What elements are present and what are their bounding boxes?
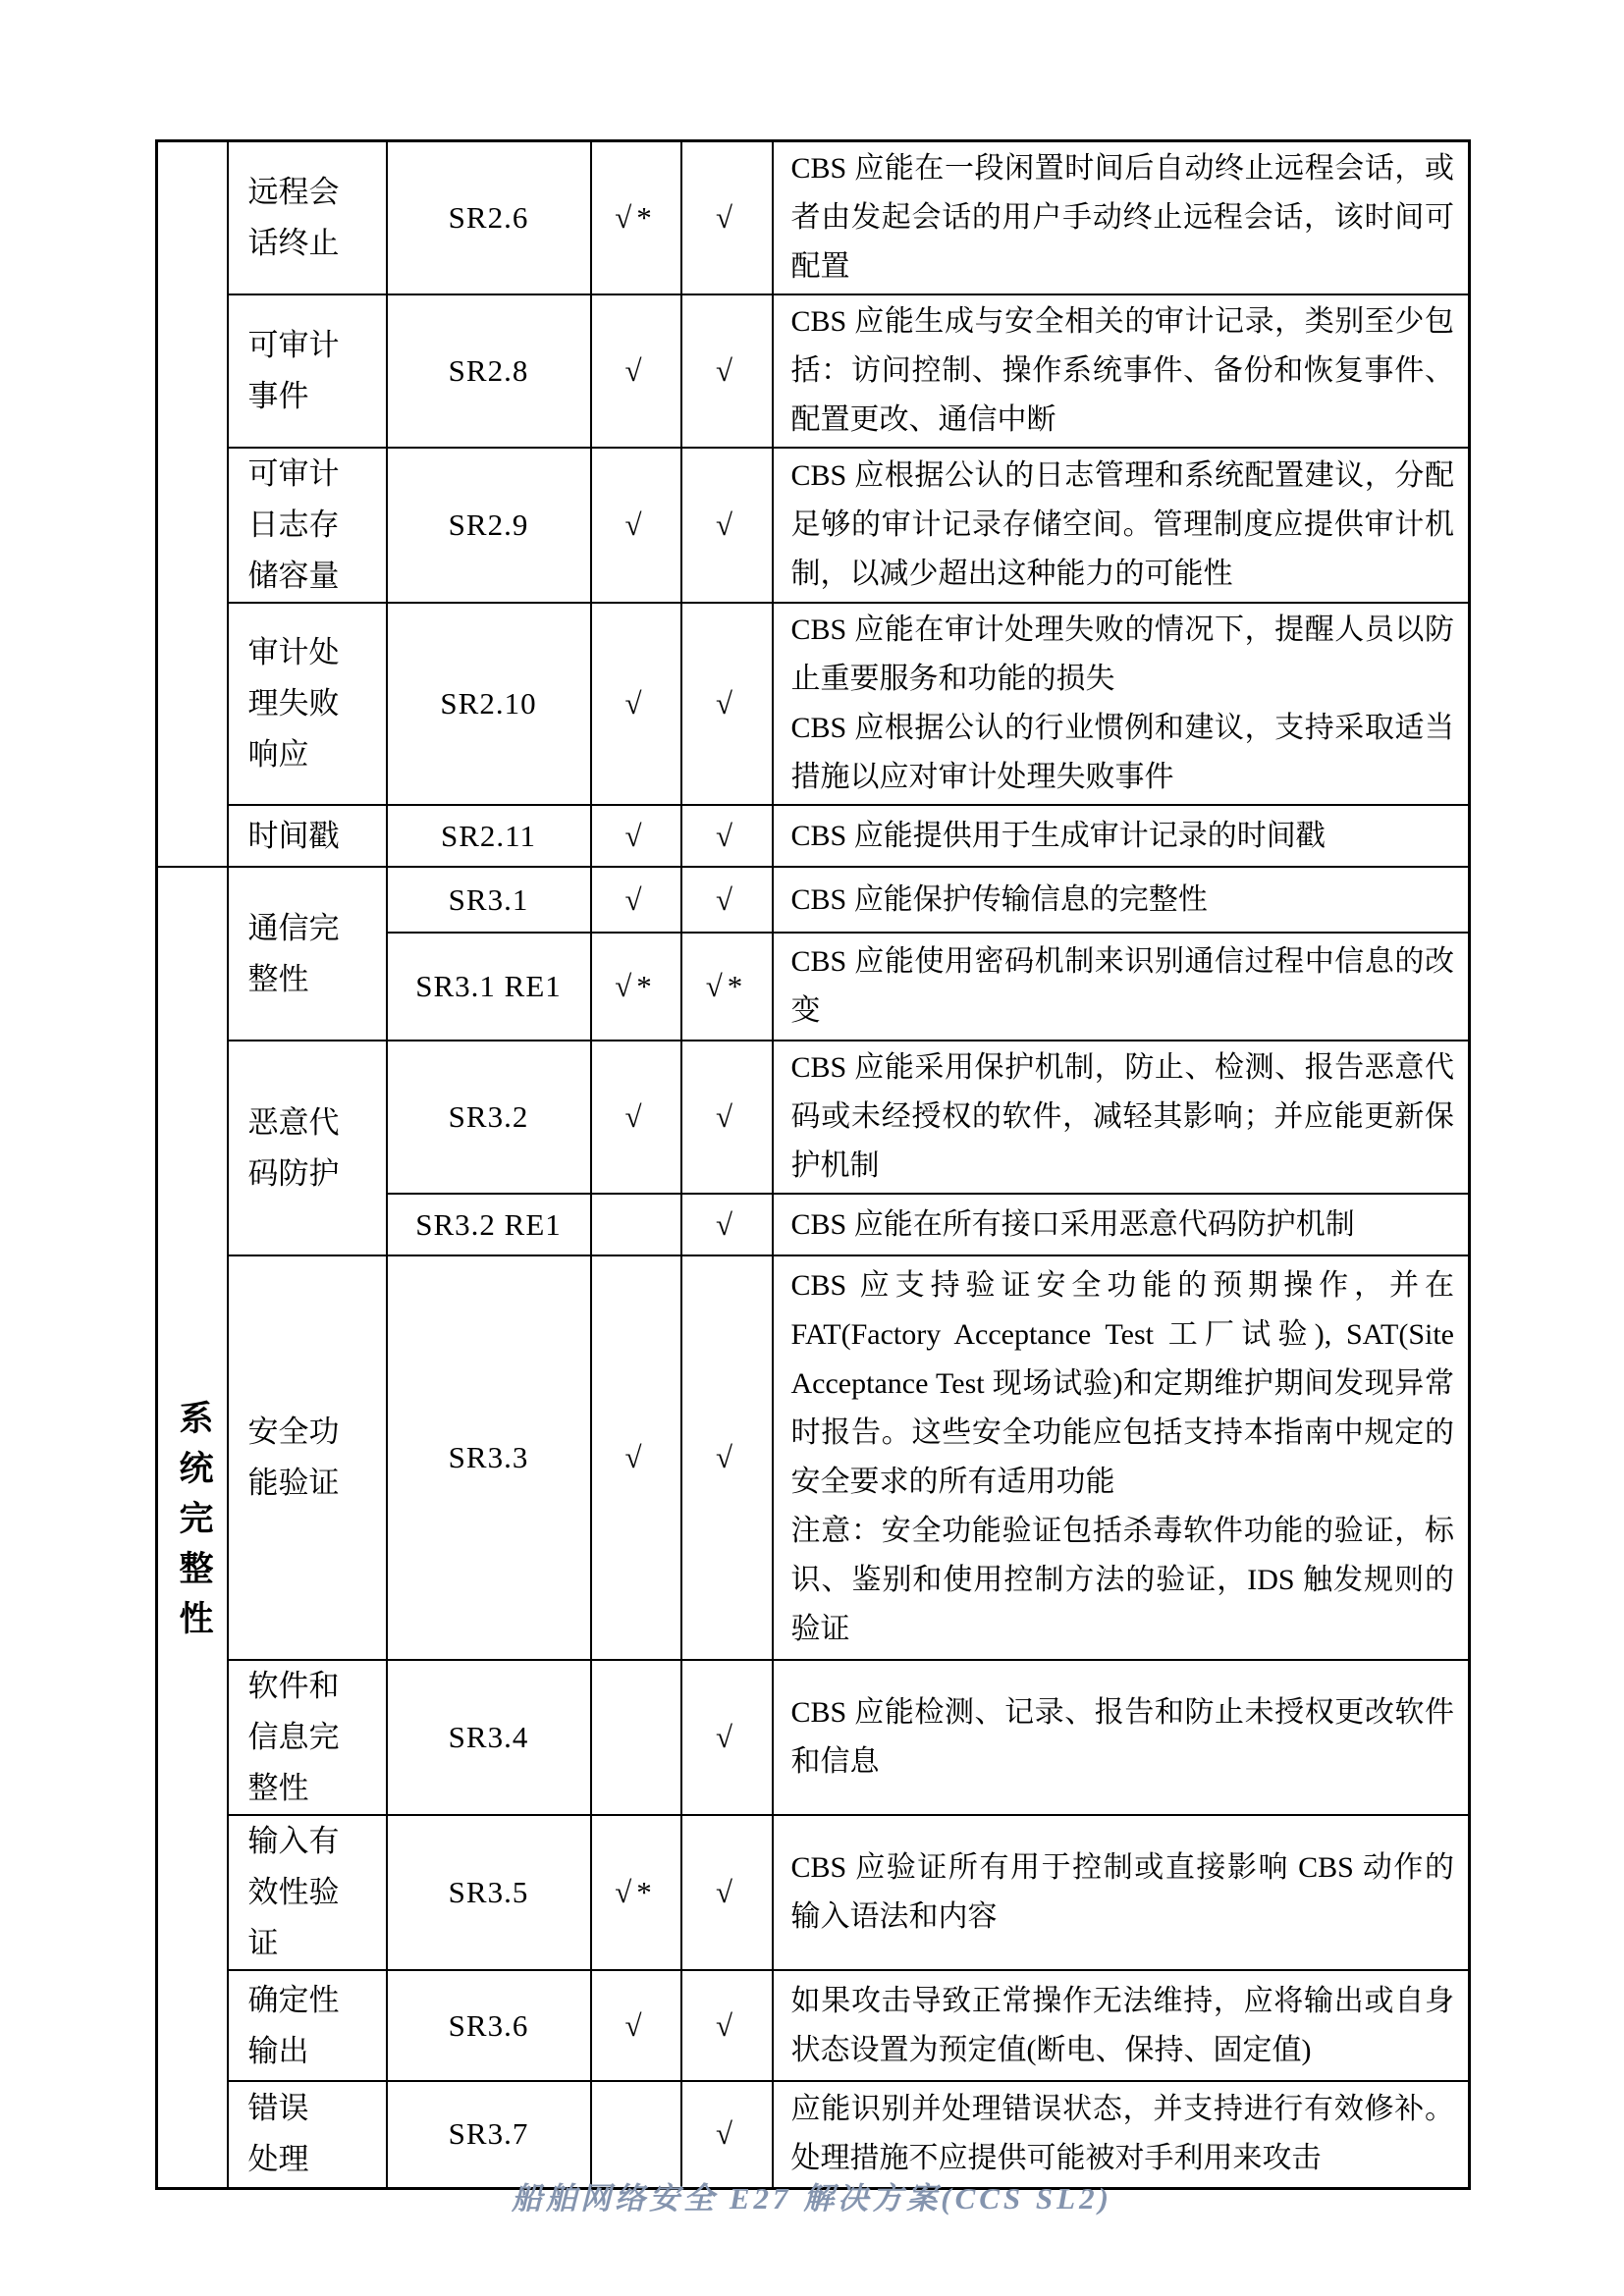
req-name: 可审计 日志存 储容量 [229, 449, 386, 602]
req-desc: 应能识别并处理错误状态，并支持进行有效修补。处理措施不应提供可能被对手利用来攻击 [774, 2083, 1469, 2185]
table-row: 安全功 能验证 SR3.3 √ √ CBS 应支持验证安全功能的预期操作，并在 … [157, 1255, 1470, 1660]
sl1-cell: √ [591, 805, 681, 867]
req-desc-cell: CBS 应能提供用于生成审计记录的时间戳 [773, 805, 1470, 867]
sr-id-cell: SR2.11 [387, 805, 591, 867]
category-label: 系统完整性 [158, 1400, 228, 1650]
req-desc: CBS 应能保护传输信息的完整性 [774, 874, 1469, 927]
sl1-cell: √* [591, 933, 681, 1041]
sl2-cell: √ [681, 1815, 773, 1970]
req-name: 时间戳 [229, 811, 386, 862]
req-name: 错误 处理 [229, 2083, 386, 2185]
req-name-cell: 确定性 输出 [228, 1970, 387, 2081]
sl1-cell: √ [591, 1970, 681, 2081]
req-desc-cell: 如果攻击导致正常操作无法维持，应将输出或自身状态设置为预定值(断电、保持、固定值… [773, 1970, 1470, 2081]
table-row: 可审计 日志存 储容量 SR2.9 √ √ CBS 应根据公认的日志管理和系统配… [157, 448, 1470, 603]
sl1-cell: √ [591, 603, 681, 805]
sr-id: SR3.2 [388, 1099, 590, 1135]
table-row: 输入有 效性验 证 SR3.5 √* √ CBS 应验证所有用于控制或直接影响 … [157, 1815, 1470, 1970]
req-desc-cell: CBS 应验证所有用于控制或直接影响 CBS 动作的输入语法和内容 [773, 1815, 1470, 1970]
sr-id-cell: SR2.6 [387, 141, 591, 295]
sl1-checkmark: √ [592, 1099, 680, 1135]
requirements-table: 远程会 话终止 SR2.6 √* √ CBS 应能在一段闲置时间后自动终止远程会… [155, 139, 1471, 2190]
sr-id: SR2.6 [388, 200, 590, 236]
sr-id: SR3.2 RE1 [388, 1207, 590, 1243]
req-desc-cell: CBS 应能检测、记录、报告和防止未授权更改软件和信息 [773, 1660, 1470, 1815]
sl1-checkmark: √ [592, 819, 680, 854]
req-name-cell: 可审计 日志存 储容量 [228, 448, 387, 603]
req-desc: CBS 应能生成与安全相关的审计记录，类别至少包括：访问控制、操作系统事件、备份… [774, 295, 1469, 447]
req-name: 软件和 信息完 整性 [229, 1661, 386, 1814]
sl1-checkmark: √* [592, 1875, 680, 1910]
sr-id: SR2.10 [388, 686, 590, 721]
sl1-cell [591, 1660, 681, 1815]
sl1-checkmark: √ [592, 353, 680, 389]
req-name-cell: 时间戳 [228, 805, 387, 867]
req-desc-cell: CBS 应能采用保护机制，防止、检测、报告恶意代码或未经授权的软件，减轻其影响；… [773, 1041, 1470, 1194]
category-cell-system-integrity: 系统完整性 [157, 867, 228, 2188]
sl2-cell: √ [681, 867, 773, 933]
sl2-checkmark: √ [682, 1207, 772, 1243]
req-desc-cell: CBS 应能在所有接口采用恶意代码防护机制 [773, 1194, 1470, 1255]
sl2-cell: √ [681, 1255, 773, 1660]
sl2-cell: √ [681, 141, 773, 295]
sr-id: SR2.9 [388, 507, 590, 543]
sl2-cell: √ [681, 1041, 773, 1194]
sr-id: SR3.1 RE1 [388, 969, 590, 1004]
sr-id: SR3.7 [388, 2116, 590, 2152]
sl2-cell: √ [681, 1194, 773, 1255]
sl2-checkmark: √ [682, 819, 772, 854]
sr-id: SR3.6 [388, 2008, 590, 2044]
category-cell-empty [157, 141, 228, 868]
req-name-cell: 安全功 能验证 [228, 1255, 387, 1660]
table-row: 时间戳 SR2.11 √ √ CBS 应能提供用于生成审计记录的时间戳 [157, 805, 1470, 867]
req-desc: CBS 应根据公认的日志管理和系统配置建议，分配足够的审计记录存储空间。管理制度… [774, 450, 1469, 601]
req-desc: CBS 应能在审计处理失败的情况下，提醒人员以防止重要服务和功能的损失 CBS … [774, 604, 1469, 804]
sr-id-cell: SR2.10 [387, 603, 591, 805]
sl1-cell: √ [591, 294, 681, 448]
req-name: 可审计 事件 [229, 320, 386, 422]
req-desc: CBS 应能检测、记录、报告和防止未授权更改软件和信息 [774, 1686, 1469, 1789]
sl1-checkmark: √ [592, 2008, 680, 2044]
table-row: 可审计 事件 SR2.8 √ √ CBS 应能生成与安全相关的审计记录，类别至少… [157, 294, 1470, 448]
req-name-cell: 远程会 话终止 [228, 141, 387, 295]
page-footer: 船舶网络安全 E27 解决方案(CCS SL2) [0, 2173, 1624, 2217]
sr-id-cell: SR3.7 [387, 2081, 591, 2188]
table-row: 恶意代 码防护 SR3.2 √ √ CBS 应能采用保护机制，防止、检测、报告恶… [157, 1041, 1470, 1194]
sl2-checkmark: √ [682, 353, 772, 389]
sl2-checkmark: √ [682, 2116, 772, 2152]
sr-id: SR2.8 [388, 353, 590, 389]
sl1-checkmark: √* [592, 969, 680, 1004]
sr-id-cell: SR3.1 RE1 [387, 933, 591, 1041]
sl2-cell: √ [681, 2081, 773, 2188]
req-desc-cell: CBS 应能使用密码机制来识别通信过程中信息的改变 [773, 933, 1470, 1041]
sl2-cell: √* [681, 933, 773, 1041]
sr-id-cell: SR3.4 [387, 1660, 591, 1815]
sl2-checkmark: √ [682, 2008, 772, 2044]
sl2-checkmark: √ [682, 1099, 772, 1135]
req-desc: CBS 应能在所有接口采用恶意代码防护机制 [774, 1199, 1469, 1252]
sr-id: SR3.1 [388, 882, 590, 918]
sl2-cell: √ [681, 448, 773, 603]
req-desc-cell: 应能识别并处理错误状态，并支持进行有效修补。处理措施不应提供可能被对手利用来攻击 [773, 2081, 1470, 2188]
req-desc: CBS 应能在一段闲置时间后自动终止远程会话，或者由发起会话的用户手动终止远程会… [774, 142, 1469, 294]
sl2-cell: √ [681, 1660, 773, 1815]
req-name: 恶意代 码防护 [229, 1097, 386, 1200]
req-desc: CBS 应能提供用于生成审计记录的时间戳 [774, 810, 1469, 863]
sl1-cell [591, 2081, 681, 2188]
req-desc-cell: CBS 应根据公认的日志管理和系统配置建议，分配足够的审计记录存储空间。管理制度… [773, 448, 1470, 603]
sl2-checkmark: √ [682, 882, 772, 918]
sl1-cell: √* [591, 141, 681, 295]
req-name-cell: 软件和 信息完 整性 [228, 1660, 387, 1815]
sl2-checkmark: √ [682, 1720, 772, 1755]
req-name: 审计处 理失败 响应 [229, 627, 386, 780]
sr-id: SR3.5 [388, 1875, 590, 1910]
sr-id: SR2.11 [388, 819, 590, 854]
sl1-checkmark: √ [592, 686, 680, 721]
sl1-cell: √* [591, 1815, 681, 1970]
table-row: 确定性 输出 SR3.6 √ √ 如果攻击导致正常操作无法维持，应将输出或自身状… [157, 1970, 1470, 2081]
table-row: 错误 处理 SR3.7 √ 应能识别并处理错误状态，并支持进行有效修补。处理措施… [157, 2081, 1470, 2188]
sl1-cell: √ [591, 1255, 681, 1660]
req-name-cell: 恶意代 码防护 [228, 1041, 387, 1255]
sl1-cell: √ [591, 448, 681, 603]
sl2-cell: √ [681, 805, 773, 867]
document-page: { "footer": { "text": "船舶网络安全 E27 解决方案(C… [0, 0, 1624, 2296]
req-name-cell: 错误 处理 [228, 2081, 387, 2188]
table-row: 系统完整性 通信完 整性 SR3.1 √ √ CBS 应能保护传输信息的完整性 [157, 867, 1470, 933]
req-desc: 如果攻击导致正常操作无法维持，应将输出或自身状态设置为预定值(断电、保持、固定值… [774, 1975, 1469, 2077]
sl2-cell: √ [681, 1970, 773, 2081]
req-desc-cell: CBS 应能在审计处理失败的情况下，提醒人员以防止重要服务和功能的损失 CBS … [773, 603, 1470, 805]
sl2-cell: √ [681, 294, 773, 448]
req-name-cell: 通信完 整性 [228, 867, 387, 1041]
sr-id-cell: SR3.2 [387, 1041, 591, 1194]
sr-id-cell: SR3.1 [387, 867, 591, 933]
req-name: 远程会 话终止 [229, 167, 386, 269]
sl2-checkmark: √* [682, 969, 772, 1004]
table-row: 审计处 理失败 响应 SR2.10 √ √ CBS 应能在审计处理失败的情况下，… [157, 603, 1470, 805]
sl1-checkmark: √ [592, 507, 680, 543]
sr-id: SR3.4 [388, 1720, 590, 1755]
req-name: 通信完 整性 [229, 903, 386, 1005]
req-desc: CBS 应验证所有用于控制或直接影响 CBS 动作的输入语法和内容 [774, 1842, 1469, 1944]
req-name: 输入有 效性验 证 [229, 1816, 386, 1969]
req-desc-cell: CBS 应能在一段闲置时间后自动终止远程会话，或者由发起会话的用户手动终止远程会… [773, 141, 1470, 295]
sl1-cell [591, 1194, 681, 1255]
sr-id-cell: SR2.9 [387, 448, 591, 603]
sl2-checkmark: √ [682, 686, 772, 721]
req-name-cell: 可审计 事件 [228, 294, 387, 448]
sr-id-cell: SR3.2 RE1 [387, 1194, 591, 1255]
req-name: 确定性 输出 [229, 1975, 386, 2077]
sr-id-cell: SR3.5 [387, 1815, 591, 1970]
sl1-cell: √ [591, 1041, 681, 1194]
sl2-checkmark: √ [682, 507, 772, 543]
sl1-checkmark: √* [592, 200, 680, 236]
table-row: 远程会 话终止 SR2.6 √* √ CBS 应能在一段闲置时间后自动终止远程会… [157, 141, 1470, 295]
sr-id-cell: SR3.3 [387, 1255, 591, 1660]
sl1-cell: √ [591, 867, 681, 933]
sl2-checkmark: √ [682, 1440, 772, 1475]
req-name: 安全功 能验证 [229, 1407, 386, 1509]
sl2-checkmark: √ [682, 200, 772, 236]
sr-id-cell: SR2.8 [387, 294, 591, 448]
req-desc: CBS 应能使用密码机制来识别通信过程中信息的改变 [774, 935, 1469, 1038]
req-desc: CBS 应支持验证安全功能的预期操作，并在 FAT(Factory Accept… [774, 1259, 1469, 1656]
sl2-checkmark: √ [682, 1875, 772, 1910]
sr-id: SR3.3 [388, 1440, 590, 1475]
sr-id-cell: SR3.6 [387, 1970, 591, 2081]
req-desc: CBS 应能采用保护机制，防止、检测、报告恶意代码或未经授权的软件，减轻其影响；… [774, 1041, 1469, 1193]
sl1-checkmark: √ [592, 1440, 680, 1475]
req-desc-cell: CBS 应支持验证安全功能的预期操作，并在 FAT(Factory Accept… [773, 1255, 1470, 1660]
table-row: 软件和 信息完 整性 SR3.4 √ CBS 应能检测、记录、报告和防止未授权更… [157, 1660, 1470, 1815]
req-desc-cell: CBS 应能生成与安全相关的审计记录，类别至少包括：访问控制、操作系统事件、备份… [773, 294, 1470, 448]
sl2-cell: √ [681, 603, 773, 805]
sl1-checkmark: √ [592, 882, 680, 918]
req-desc-cell: CBS 应能保护传输信息的完整性 [773, 867, 1470, 933]
req-name-cell: 输入有 效性验 证 [228, 1815, 387, 1970]
req-name-cell: 审计处 理失败 响应 [228, 603, 387, 805]
